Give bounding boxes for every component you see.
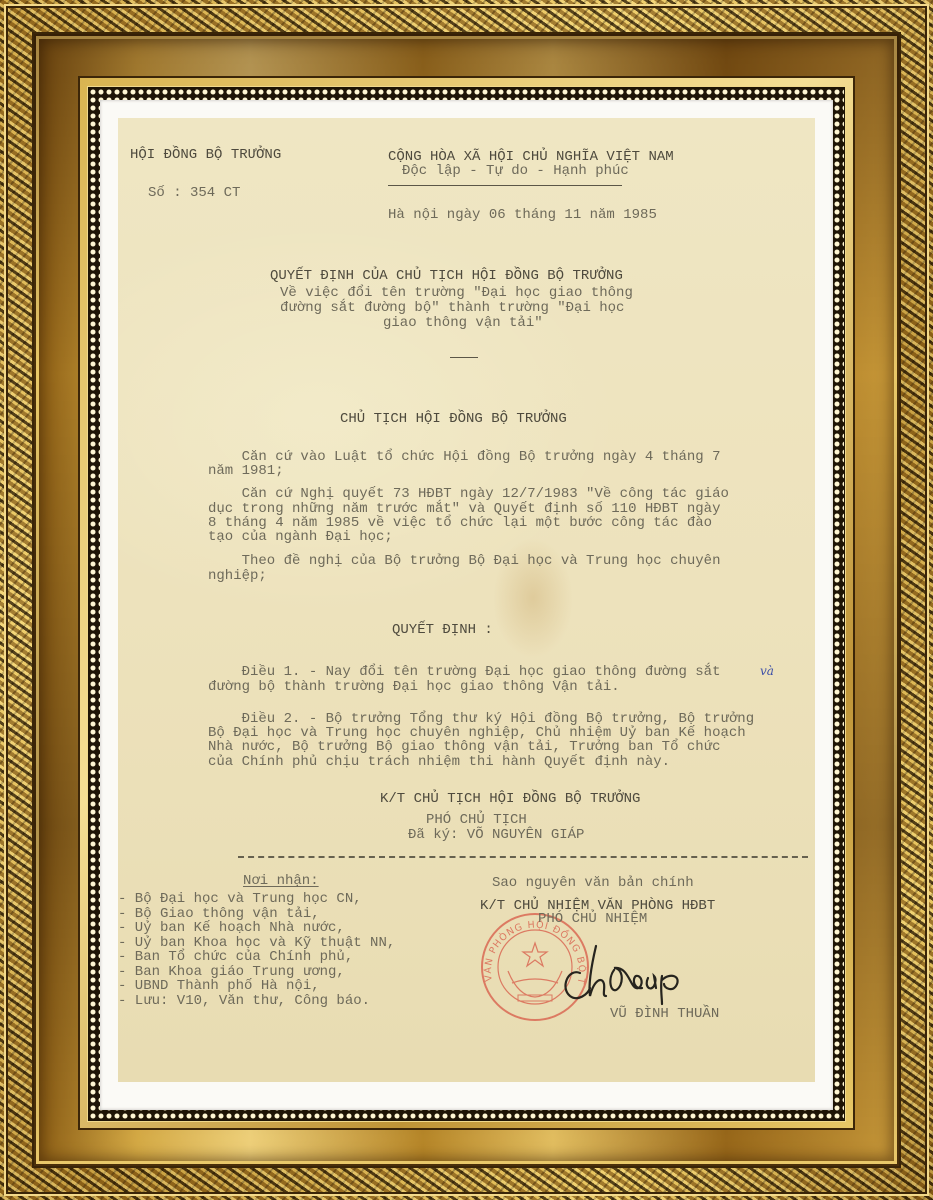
preamble-1-line-1: Căn cứ vào Luật tổ chức Hội đồng Bộ trưở… [208,450,720,465]
national-motto: Độc lập - Tự do - Hạnh phúc [402,164,629,179]
copy-cert-line-3: PHÓ CHỦ NHIỆM [538,912,647,927]
signature-line-2: PHÓ CHỦ TỊCH [426,813,527,828]
article-2-line-4: của Chính phủ chịu trách nhiệm thi hành … [208,755,670,770]
issuer: HỘI ĐỒNG BỘ TRƯỞNG [130,148,281,163]
subject-line-2: đường sắt đường bộ" thành trường "Đại họ… [280,301,624,316]
preamble-3-line-2: nghiệp; [208,569,267,584]
copy-cert-line-1: Sao nguyên văn bản chính [492,876,694,891]
preamble-2-line-4: tạo của ngành Đại học; [208,530,393,545]
signature-line-3: Đã ký: VÕ NGUYÊN GIÁP [408,828,584,843]
recipient-item: - Uỷ ban Kế hoạch Nhà nước, [118,921,345,936]
decides-heading: QUYẾT ĐỊNH : [392,623,493,638]
place-date: Hà nội ngày 06 tháng 11 năm 1985 [388,208,657,223]
preamble-1-line-2: năm 1981; [208,464,284,479]
authority-heading: CHỦ TỊCH HỘI ĐỒNG BỘ TRƯỞNG [340,412,567,427]
recipient-item: - Ban Tổ chức của Chính phủ, [118,950,353,965]
recipient-item: - UBND Thành phố Hà nội, [118,979,320,994]
recipient-item: - Lưu: V10, Văn thư, Công báo. [118,994,370,1009]
decision-title: QUYẾT ĐỊNH CỦA CHỦ TỊCH HỘI ĐỒNG BỘ TRƯỞ… [270,269,623,284]
article-2-line-3: Nhà nước, Bộ trưởng Bộ giao thông vận tả… [208,740,720,755]
title-rule [450,357,478,358]
article-1-line-2: đường bộ thành trường Đại học giao thông… [208,680,620,695]
dashed-separator [238,856,808,858]
handwritten-signature-icon [558,938,698,1008]
signature-line-1: K/T CHỦ TỊCH HỘI ĐỒNG BỘ TRƯỞNG [380,792,640,807]
subject-line-3: giao thông vận tải" [383,316,543,331]
recipients-title: Nơi nhận: [243,874,319,889]
header-rule [388,185,622,186]
article-1-line-1: Điều 1. - Nay đổi tên trường Đại học gia… [208,665,720,680]
recipient-item: - Bộ Đại học và Trung học CN, [118,892,362,907]
document-paper: HỘI ĐỒNG BỘ TRƯỞNG Số : 354 CT CỘNG HÒA … [118,118,815,1082]
copy-signer-name: VŨ ĐÌNH THUẦN [610,1007,719,1022]
handwritten-correction: và [760,664,774,679]
preamble-2-line-1: Căn cứ Nghị quyết 73 HĐBT ngày 12/7/1983… [208,487,729,502]
preamble-3-line-1: Theo đề nghị của Bộ trưởng Bộ Đại học và… [208,554,720,569]
document-number: Số : 354 CT [148,186,240,201]
subject-line-1: Về việc đổi tên trường "Đại học giao thô… [280,286,633,301]
